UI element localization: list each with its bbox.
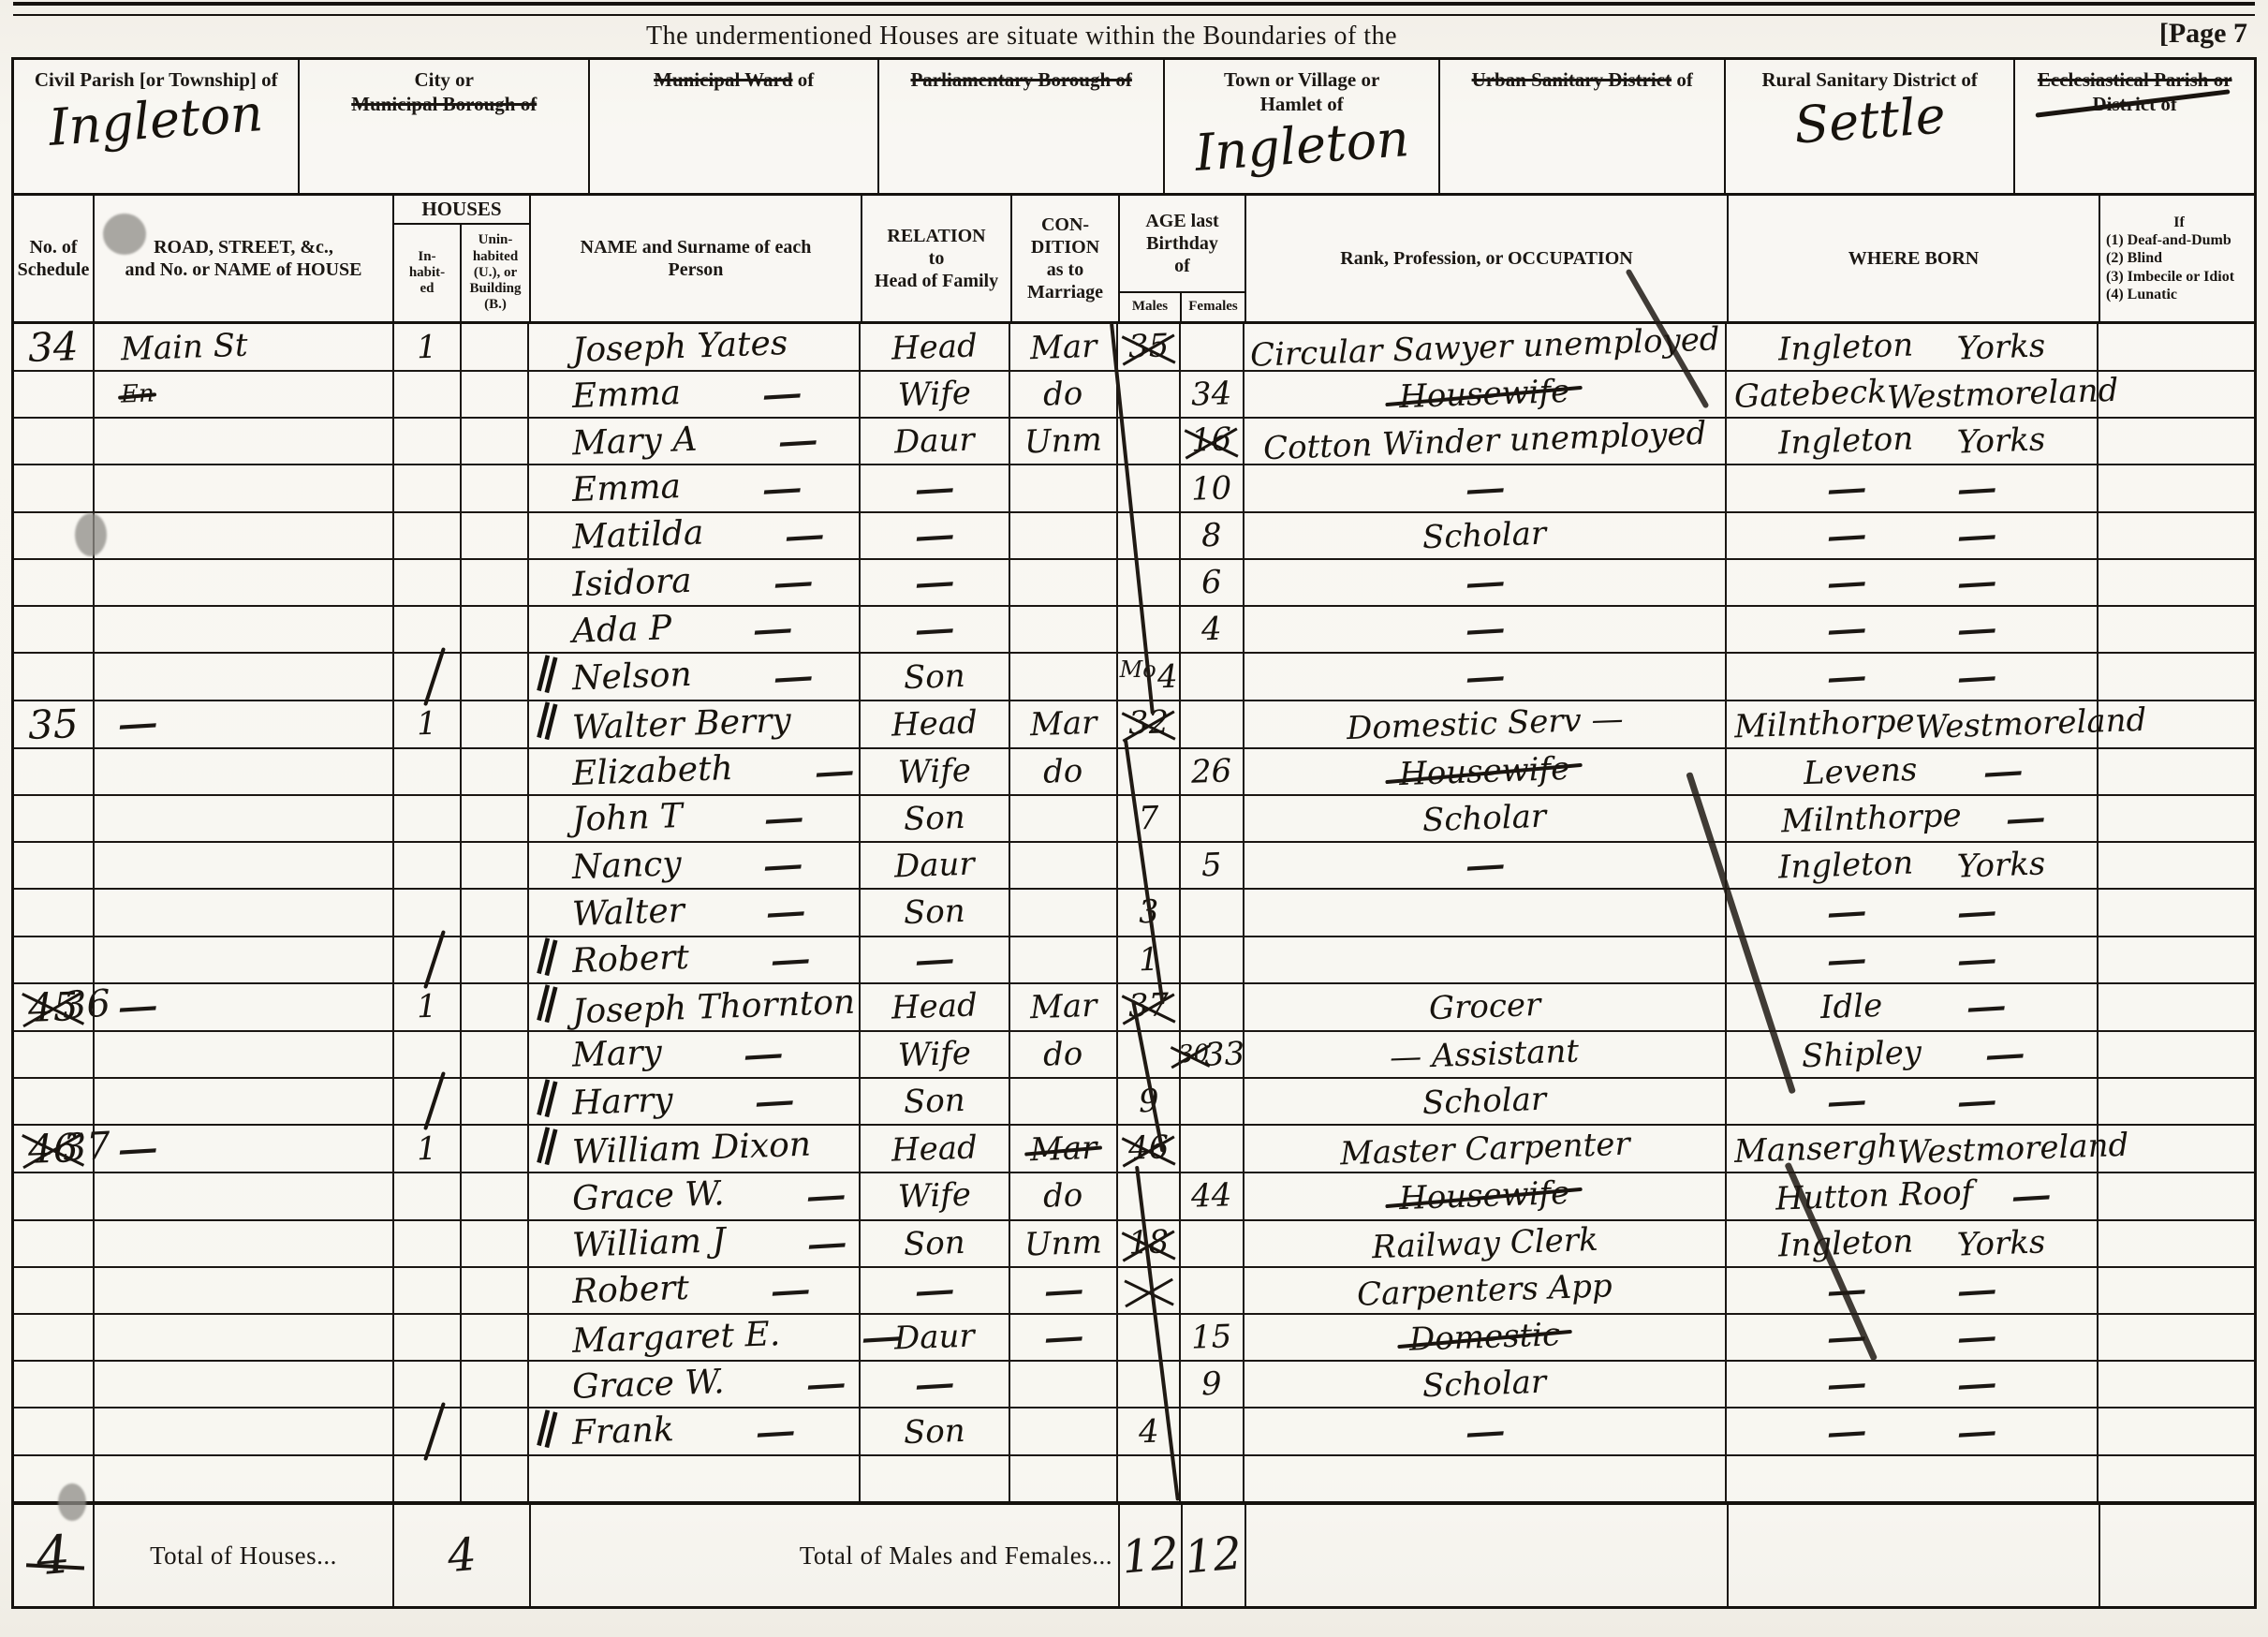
cell-cond <box>1010 843 1118 888</box>
cell-occ: — <box>1244 843 1727 888</box>
cell-text: 1 <box>416 988 437 1026</box>
cell-dis <box>2099 654 2254 699</box>
cell-cond <box>1010 465 1118 510</box>
cell-ageF <box>1181 701 1244 747</box>
cell-name: William J— <box>529 1221 861 1266</box>
cell-text: Nancy <box>571 845 682 887</box>
name-ditto-dash: — <box>760 845 804 886</box>
cell-text: Matilda <box>571 514 704 557</box>
person-row: ∥Harry—Son9Scholar—— <box>14 1079 2254 1126</box>
boundary-box-label: Town or Village orHamlet of <box>1224 67 1379 117</box>
boundary-box-label: Urban Sanitary District of <box>1472 67 1693 92</box>
totals-born-cell <box>1729 1505 2100 1606</box>
cell-text: — <box>1041 1270 1085 1311</box>
cell-inh <box>394 419 462 464</box>
table-frame: Civil Parish [or Township] ofIngletonCit… <box>11 57 2257 1609</box>
household-end-mark: ∥ <box>531 1405 562 1454</box>
cell-occ: Carpenters App <box>1244 1268 1727 1313</box>
cell-uninh <box>462 937 529 982</box>
cell-occ: Scholar <box>1244 1362 1727 1407</box>
cell-ageM: 7 <box>1118 796 1181 841</box>
cell-occ: — <box>1244 607 1727 652</box>
born-county: — <box>1954 515 1998 556</box>
born-place: Ingleton <box>1777 420 1913 463</box>
cell-ageF <box>1181 890 1244 935</box>
cell-inh <box>394 560 462 605</box>
person-row: ∥Nelson—SonMo4——— <box>14 654 2254 701</box>
cell-sched <box>14 749 95 794</box>
cell-text: — <box>913 1364 957 1405</box>
cell-text: Grace W. <box>571 1363 725 1407</box>
column-header-age-group: AGE last Birthday ofMalesFemales <box>1120 196 1246 321</box>
label-line: Ecclesiastical Parish or <box>2038 67 2232 92</box>
cell-text: Main St <box>120 326 248 368</box>
cell-occ <box>1244 890 1727 935</box>
label-line: City or <box>351 67 537 92</box>
label-line: Parliamentary Borough of <box>910 67 1131 92</box>
person-row: Nancy—Daur5—IngletonYorks <box>14 843 2254 890</box>
cell-dis <box>2099 1456 2254 1501</box>
person-row: Grace W.—Wifedo44HousewifeHutton Roof— <box>14 1173 2254 1220</box>
struck-label-text: Municipal Borough of <box>351 93 537 115</box>
cell-text: Unm <box>1024 1223 1102 1263</box>
cell-text: Scholar <box>1422 515 1547 557</box>
cell-ageM <box>1118 843 1181 888</box>
cell-text: — <box>1463 656 1507 697</box>
disability-line: If <box>2173 214 2185 231</box>
cell-text: 26 <box>1191 752 1233 790</box>
cell-name: Joseph Yates <box>529 324 861 370</box>
column-header-males: Males <box>1120 293 1182 321</box>
born-county: — <box>1954 1270 1998 1311</box>
cell-text: Nelson <box>571 656 692 698</box>
cell-uninh <box>462 1032 529 1077</box>
cell-born: IngletonYorks <box>1727 1221 2099 1266</box>
cell-occ: Grocer <box>1244 984 1727 1030</box>
cell-born: —— <box>1727 1268 2099 1313</box>
person-row: 34Main St1Joseph YatesHeadMar35Circular … <box>14 324 2254 372</box>
cell-cond: do <box>1010 1032 1118 1077</box>
cell-born: ManserghWestmoreland <box>1727 1126 2099 1172</box>
household-end-mark: ∥ <box>531 1074 562 1124</box>
person-row: 4637—1∥William DixonHeadMar46Master Carp… <box>14 1126 2254 1173</box>
cell-text: 35 <box>1127 327 1170 367</box>
cell-dis <box>2099 1126 2254 1172</box>
cell-text: — <box>116 703 160 745</box>
cell-cond <box>1010 1456 1118 1501</box>
cell-inh: 1 <box>394 984 462 1030</box>
boundary-box-town-village-hamlet: Town or Village orHamlet ofIngleton <box>1165 60 1441 193</box>
cell-road: — <box>95 701 394 747</box>
cell-text: 35 <box>27 701 79 748</box>
boundary-box-municipal-ward: Municipal Ward of <box>590 60 879 193</box>
cell-text: 44 <box>1191 1177 1233 1216</box>
cell-road: 36— <box>95 984 394 1030</box>
cell-inh <box>394 749 462 794</box>
cell-uninh <box>462 749 529 794</box>
cell-text: 8 <box>1200 516 1222 554</box>
cell-born: —— <box>1727 513 2099 558</box>
age-group-title: AGE last Birthday of <box>1120 196 1244 291</box>
ink-smudge <box>75 513 107 556</box>
cell-ageF: 6 <box>1181 560 1244 605</box>
cell-ageM: 35 <box>1118 324 1181 370</box>
born-place: — <box>1825 1081 1869 1122</box>
cell-uninh <box>462 1315 529 1360</box>
person-row: Robert———Carpenters App—— <box>14 1268 2254 1315</box>
cell-cond <box>1010 796 1118 841</box>
cell-dis <box>2099 513 2254 558</box>
cell-name: Matilda— <box>529 513 861 558</box>
cell-text: Emma <box>571 467 681 509</box>
cell-text: Railway Clerk <box>1371 1220 1598 1265</box>
cell-ageM <box>1118 1315 1181 1360</box>
cell-ageM: 1 <box>1118 937 1181 982</box>
cell-rel: Daur <box>861 419 1010 464</box>
cell-sched <box>14 1362 95 1407</box>
cell-name: Isidora— <box>529 560 861 605</box>
cell-uninh <box>462 890 529 935</box>
cell-uninh <box>462 796 529 841</box>
cell-text: Master Carpenter <box>1339 1125 1630 1172</box>
cell-text: 10 <box>1191 469 1233 508</box>
label-text: of <box>793 68 815 91</box>
cell-ageM: 37 <box>1118 984 1181 1030</box>
cell-road: 37— <box>95 1126 394 1172</box>
cell-text: Cotton Winder unemployed <box>1262 415 1707 467</box>
struck-label-text: Ecclesiastical Parish or <box>2038 68 2232 91</box>
column-header-schedule: No. of Schedule <box>14 196 95 321</box>
cell-inh <box>394 372 462 417</box>
cell-rel: Son <box>861 1408 1010 1453</box>
cell-uninh <box>462 513 529 558</box>
label-text: Rural Sanitary District of <box>1761 68 1977 91</box>
title-band: The undermentioned Houses are situate wi… <box>11 16 2257 57</box>
born-place: — <box>1825 467 1869 509</box>
cell-inh <box>394 607 462 652</box>
cell-text: William J <box>571 1221 726 1265</box>
cell-ageM <box>1118 372 1181 417</box>
struck-label-text: Urban Sanitary District <box>1472 68 1672 91</box>
cell-sched: 34 <box>14 324 95 370</box>
cell-text: Housewife <box>1399 750 1571 793</box>
cell-road <box>95 1456 394 1501</box>
totals-females-cell: 12 <box>1183 1505 1246 1606</box>
cell-text: — Assistant <box>1390 1032 1580 1076</box>
born-county: — <box>1954 892 1998 933</box>
column-header-inhabited: In- habit- ed <box>394 225 462 321</box>
column-header-where-born: WHERE BORN <box>1729 196 2100 321</box>
household-end-mark: ∥ <box>531 933 562 982</box>
cell-road: Main St <box>95 324 394 370</box>
name-ditto-dash: — <box>762 798 806 839</box>
cell-text: 1 <box>416 705 437 744</box>
born-place: Gatebeck <box>1733 373 1887 416</box>
name-ditto-dash: — <box>760 467 804 509</box>
name-ditto-dash: — <box>776 420 820 462</box>
cell-dis <box>2099 419 2254 464</box>
cell-cond <box>1010 1079 1118 1124</box>
cell-name: Walter— <box>529 890 861 935</box>
totals-houses-value: 4 <box>445 1528 478 1583</box>
page-number: [Page 7 <box>2159 18 2247 50</box>
cell-born: Idle— <box>1727 984 2099 1030</box>
boundary-box-ecclesiastical-parish: Ecclesiastical Parish orDistrict of <box>2015 60 2254 193</box>
cell-text: Harry <box>571 1081 673 1123</box>
born-place: — <box>1825 938 1869 980</box>
born-county: Yorks <box>1956 846 2046 886</box>
cell-uninh <box>462 1362 529 1407</box>
cell-ageF <box>1181 324 1244 370</box>
cell-dis <box>2099 1221 2254 1266</box>
label-text: Town or Village or <box>1224 68 1379 91</box>
cell-text: Head <box>891 1128 978 1169</box>
margin-scribble: 4 <box>34 1524 72 1587</box>
cell-cond: Mar <box>1010 324 1118 370</box>
struck-label-text: Municipal Ward <box>654 68 792 91</box>
boundary-box-label: Municipal Ward of <box>654 67 814 92</box>
person-row: Ada P——4——— <box>14 607 2254 654</box>
cell-name: ∥William Dixon <box>529 1126 861 1172</box>
cell-text: 4 <box>1200 611 1222 649</box>
cell-occ: Housewife <box>1244 372 1727 417</box>
cell-uninh <box>462 1408 529 1453</box>
cell-text: do <box>1043 375 1084 413</box>
cell-dis <box>2099 324 2254 370</box>
cell-ageM <box>1118 607 1181 652</box>
cell-name: ∥Joseph Thornton <box>529 984 861 1030</box>
cell-rel: Wife <box>861 1173 1010 1218</box>
cell-uninh <box>462 560 529 605</box>
cell-text: En <box>120 379 155 408</box>
cell-cond <box>1010 513 1118 558</box>
cell-cond <box>1010 1408 1118 1453</box>
cell-inh: 1 <box>394 324 462 370</box>
totals-males-cell: 12 <box>1120 1505 1183 1606</box>
cell-text: Walter <box>571 892 685 934</box>
cell-ageM <box>1118 1173 1181 1218</box>
cell-text: Mary A <box>571 420 698 464</box>
cell-occ <box>1244 1456 1727 1501</box>
cell-rel: — <box>861 465 1010 510</box>
name-ditto-dash: — <box>769 938 813 980</box>
person-row: William J—SonUnm18Railway ClerkIngletonY… <box>14 1221 2254 1268</box>
corrected-schedule-number: 37 <box>62 1125 111 1171</box>
disability-line: (4) Lunatic <box>2106 286 2177 303</box>
cell-uninh <box>462 984 529 1030</box>
born-county: Yorks <box>1956 421 2046 462</box>
cell-text: Margaret E. <box>571 1315 780 1361</box>
ink-smudge <box>103 214 146 255</box>
cell-rel: Wife <box>861 749 1010 794</box>
cell-road: En <box>95 372 394 417</box>
houses-group-title: HOUSES <box>394 196 529 225</box>
cell-text: Son <box>903 799 965 838</box>
totals-row: 4 Total of Houses... 4 Total of Males an… <box>14 1501 2254 1606</box>
name-ditto-dash: — <box>812 751 856 792</box>
cell-text: Wife <box>897 375 971 415</box>
cell-text: Circular Sawyer unemployed <box>1249 320 1720 374</box>
cell-rel: Head <box>861 1126 1010 1172</box>
cell-occ: Housewife <box>1244 1173 1727 1218</box>
cell-sched <box>14 1268 95 1313</box>
cell-uninh <box>462 419 529 464</box>
cell-text: 1 <box>416 1129 437 1168</box>
cell-rel: Son <box>861 1221 1010 1266</box>
household-end-mark: ∥ <box>531 697 562 746</box>
cell-text: — <box>913 609 957 650</box>
cell-born: MilnthorpeWestmoreland <box>1727 701 2099 747</box>
cell-name: Emma— <box>529 465 861 510</box>
totals-occupation-cell <box>1246 1505 1729 1606</box>
cell-ageF: 8 <box>1181 513 1244 558</box>
cell-occ: Housewife <box>1244 749 1727 794</box>
cell-name: Ada P— <box>529 607 861 652</box>
cell-ageM <box>1118 1032 1181 1077</box>
column-header-row: No. of ScheduleROAD, STREET, &c., and No… <box>14 196 2254 324</box>
cell-dis <box>2099 1079 2254 1124</box>
cell-name: ∥Nelson— <box>529 654 861 699</box>
handwritten-value: Settle <box>1792 91 1947 152</box>
cell-dis <box>2099 1315 2254 1360</box>
cell-ageF: 16 <box>1181 419 1244 464</box>
totals-houses-label: Total of Houses... <box>150 1541 337 1571</box>
totals-males-value: 12 <box>1120 1526 1182 1584</box>
cell-text: — <box>1463 845 1507 886</box>
cell-text: — <box>1041 1317 1085 1358</box>
cell-text: 7 <box>1138 800 1159 838</box>
born-county: — <box>2004 798 2048 839</box>
cell-cond <box>1010 654 1118 699</box>
born-place: Shipley <box>1801 1034 1922 1075</box>
name-ditto-dash: — <box>803 1364 847 1405</box>
cell-text: Head <box>891 987 978 1027</box>
name-ditto-dash: — <box>771 562 815 603</box>
cell-text: 32 <box>1127 703 1170 744</box>
cell-name: Emma— <box>529 372 861 417</box>
cell-text: — <box>913 1270 957 1311</box>
totals-houses-label-cell: Total of Houses... <box>95 1505 394 1606</box>
boundary-box-label: Rural Sanitary District of <box>1761 67 1977 92</box>
cell-ageF <box>1181 1408 1244 1453</box>
cell-road <box>95 749 394 794</box>
column-header-relation: RELATION to Head of Family <box>862 196 1012 321</box>
cell-inh: 1 <box>394 1126 462 1172</box>
cell-text: 6 <box>1200 564 1222 602</box>
cell-rel: — <box>861 937 1010 982</box>
cell-ageM <box>1118 513 1181 558</box>
label-text: City or <box>414 68 474 91</box>
cell-road <box>95 1362 394 1407</box>
cell-text: do <box>1043 1177 1084 1216</box>
cell-born: —— <box>1727 1362 2099 1407</box>
cell-inh <box>394 937 462 982</box>
born-county: — <box>1954 1364 1998 1405</box>
record-rows: 34Main St1Joseph YatesHeadMar35Circular … <box>14 324 2254 1501</box>
person-row: Mary—Wifedo3033— AssistantShipley— <box>14 1032 2254 1079</box>
cell-ageM <box>1118 560 1181 605</box>
cell-dis <box>2099 607 2254 652</box>
born-county: Yorks <box>1956 327 2046 367</box>
boundary-box-rural-sanitary-district: Rural Sanitary District ofSettle <box>1726 60 2015 193</box>
cell-text: Isidora <box>571 561 692 603</box>
cell-rel: Head <box>861 324 1010 370</box>
cell-dis <box>2099 701 2254 747</box>
cell-dis <box>2099 1032 2254 1077</box>
cell-text: 4 <box>1156 657 1178 696</box>
cell-sched <box>14 419 95 464</box>
cell-name: ∥Frank— <box>529 1408 861 1453</box>
age-subheaders: MalesFemales <box>1120 291 1244 321</box>
boundary-header-row: Civil Parish [or Township] ofIngletonCit… <box>14 60 2254 196</box>
cell-uninh <box>462 701 529 747</box>
cell-ageF <box>1181 1221 1244 1266</box>
cell-ageF: 5 <box>1181 843 1244 888</box>
cell-text: Mar <box>1029 327 1097 366</box>
cell-occ: — <box>1244 560 1727 605</box>
cell-road <box>95 607 394 652</box>
column-header-name: NAME and Surname of each Person <box>531 196 862 321</box>
cell-occ: — <box>1244 465 1727 510</box>
cell-born: —— <box>1727 1079 2099 1124</box>
person-row: Walter—Son3—— <box>14 890 2254 936</box>
boundary-box-civil-parish: Civil Parish [or Township] ofIngleton <box>14 60 300 193</box>
cell-cond <box>1010 1362 1118 1407</box>
ink-smudge <box>58 1483 86 1521</box>
name-ditto-dash: — <box>742 1034 786 1075</box>
cell-road <box>95 1032 394 1077</box>
cell-road <box>95 843 394 888</box>
cell-road <box>95 654 394 699</box>
cell-text: Joseph Yates <box>571 324 788 370</box>
name-ditto-dash: — <box>751 609 795 650</box>
cell-name: Nancy— <box>529 843 861 888</box>
cell-text: Carpenters App <box>1357 1267 1613 1313</box>
cell-born: —— <box>1727 607 2099 652</box>
cell-ageF <box>1181 984 1244 1030</box>
cell-inh <box>394 796 462 841</box>
cell-text: 34 <box>1191 375 1233 413</box>
cell-rel: — <box>861 560 1010 605</box>
cell-text: Emma <box>571 374 681 416</box>
struck-label-text: Parliamentary Borough of <box>910 68 1131 91</box>
cell-ageF <box>1181 1456 1244 1501</box>
cell-text: 1 <box>416 328 437 366</box>
totals-disability-cell <box>2100 1505 2254 1606</box>
cell-ageF: 26 <box>1181 749 1244 794</box>
name-ditto-dash: — <box>805 1222 849 1263</box>
cell-road <box>95 513 394 558</box>
cell-text: Joseph Thornton <box>571 983 855 1032</box>
cell-text: Wife <box>897 1035 971 1075</box>
born-county: Westmoreland <box>1886 372 2119 418</box>
cell-ageM <box>1118 1362 1181 1407</box>
cell-dis <box>2099 796 2254 841</box>
cell-road <box>95 1173 394 1218</box>
born-place: Ingleton <box>1777 326 1913 368</box>
cell-text: — <box>913 562 957 603</box>
cell-rel: Son <box>861 796 1010 841</box>
cell-occ: Circular Sawyer unemployed <box>1244 324 1727 370</box>
cell-text: Ada P <box>571 609 672 651</box>
cell-uninh <box>462 1126 529 1172</box>
person-row: ∥Frank—Son4——— <box>14 1408 2254 1455</box>
household-end-mark: ∥ <box>531 1122 562 1172</box>
cell-name <box>529 1456 861 1501</box>
cell-cond: Unm <box>1010 1221 1118 1266</box>
cell-rel: — <box>861 513 1010 558</box>
person-row: Isidora——6——— <box>14 560 2254 607</box>
